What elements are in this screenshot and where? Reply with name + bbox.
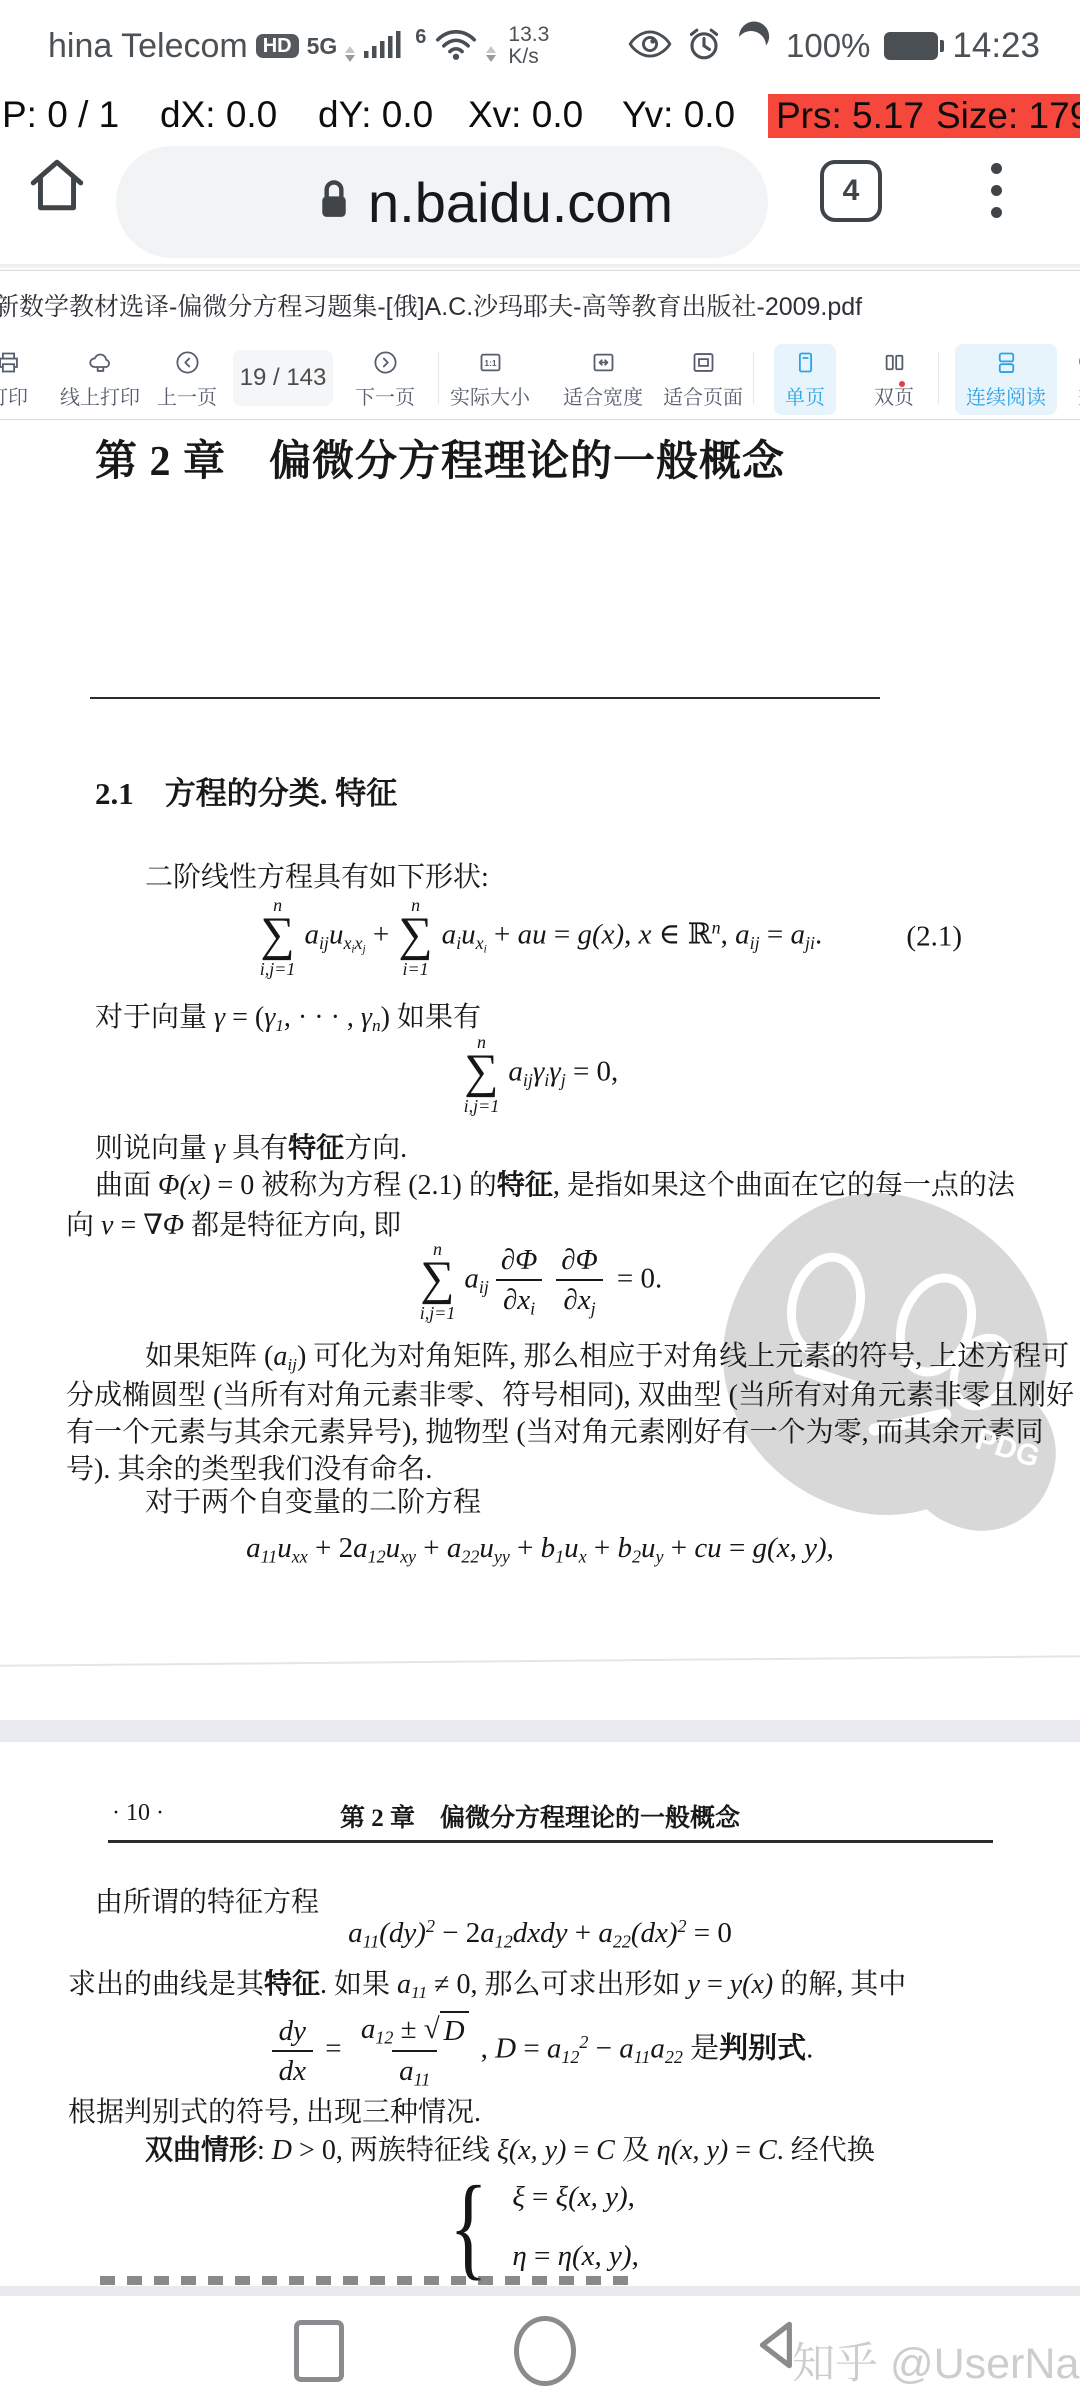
paragraph: 向 ν = ∇Φ 都是特征方向, 即: [66, 1203, 401, 1243]
svg-text:1:1: 1:1: [484, 358, 496, 368]
section-title: 2.1 方程的分类. 特征: [95, 768, 397, 813]
toolbar-label: 适合宽度: [563, 381, 643, 410]
paragraph: 对于两个自变量的二阶方程: [145, 1480, 481, 1520]
paragraph: 则说向量 γ 具有特征方向.: [95, 1126, 407, 1166]
cell-traffic-arrows-icon: [345, 46, 355, 62]
equation-body: n∑i,j=1aij∂Φ∂xi∂Φ∂xj = 0.: [418, 1240, 663, 1322]
next-page-button[interactable]: 下一页: [344, 344, 426, 415]
equation-2-1: n∑i,j=1aijuxixj + n∑i=1aiuxi + au = g(x)…: [60, 896, 1020, 978]
paragraph: 对于向量 γ = (γ1, · · · , γn) 如果有: [95, 995, 481, 1036]
kebab-menu-button[interactable]: [978, 158, 1014, 222]
fit-width-icon: [590, 349, 617, 376]
tab-switcher-button[interactable]: 4: [820, 160, 882, 222]
double-page-button[interactable]: 双页: [863, 344, 925, 415]
fit-page-icon: [690, 349, 717, 376]
clipped-text-line: [100, 2276, 640, 2285]
clock-label: 14:23: [952, 26, 1040, 66]
chapter-title: 第 2 章 偏微分方程理论的一般概念: [95, 428, 785, 488]
notification-dot: [899, 381, 905, 387]
signal-bars-icon: [363, 28, 403, 65]
actual-size-button[interactable]: 1:1 实际大小: [439, 344, 541, 415]
debug-dy: dY: 0.0: [318, 94, 433, 136]
lock-icon: [316, 178, 352, 227]
single-page-icon: [792, 349, 819, 376]
wifi-generation-label: 6: [415, 26, 426, 49]
phone-screen: hina Telecom HD 5G 6: [0, 0, 1080, 2400]
double-page-icon: [881, 349, 908, 376]
toolbar-label: 连续阅读: [966, 381, 1046, 410]
paragraph: 有一个元素与其余元素异号), 抛物型 (当对角元素刚好有一个为零, 而其余元素同: [66, 1410, 1044, 1450]
battery-icon: [884, 32, 938, 60]
toolbar-label: 上一页: [157, 381, 217, 410]
running-head: 第 2 章 偏微分方程理论的一般概念: [0, 1798, 1080, 1834]
search-icon: [1075, 349, 1080, 376]
paragraph: 二阶线性方程具有如下形状:: [145, 855, 489, 895]
fit-page-button[interactable]: 适合页面: [652, 344, 754, 415]
home-nav-button[interactable]: [514, 2316, 576, 2386]
debug-size: Size: 179.5: [928, 94, 1080, 138]
printer-icon: [0, 349, 22, 376]
hd-badge: HD: [256, 34, 299, 58]
recents-button[interactable]: [294, 2320, 344, 2382]
zhihu-watermark: 知乎 @UserName: [792, 2330, 1080, 2391]
paragraph: 曲面 Φ(x) = 0 被称为方程 (2.1) 的特征, 是指如果这个曲面在它的…: [95, 1163, 1015, 1203]
equation-number: (2.1): [906, 920, 962, 953]
debug-yv: Yv: 0.0: [622, 94, 735, 136]
tab-count-label: 4: [843, 174, 860, 208]
equation-body: n∑i,j=1aijγiγj = 0,: [462, 1033, 619, 1115]
alarm-icon: [686, 26, 722, 67]
toolbar-label: 下一页: [355, 381, 415, 410]
paragraph: 如果矩阵 (aij) 可化为对角矩阵, 那么相应于对角线上元素的符号, 上述方程…: [145, 1334, 1069, 1375]
page-gap: [0, 1720, 1080, 1742]
system-nav-bar: 知乎 @UserName: [0, 2296, 1080, 2400]
equation-body: dydx = a12 ± √Da11, D = a122 − a11a22 是判…: [267, 2010, 814, 2092]
toolbar-label: 适合页面: [663, 381, 743, 410]
fit-width-button[interactable]: 适合宽度: [552, 344, 654, 415]
paragraph: 由所谓的特征方程: [95, 1880, 319, 1920]
home-button[interactable]: [26, 154, 88, 216]
status-right-group: 100% 14:23: [628, 0, 1040, 92]
status-left-group: hina Telecom HD 5G 6: [48, 0, 549, 92]
pdf-filename: 新数学教材选译-偏微分方程习题集-[俄]A.C.沙玛耶夫-高等教育出版社-200…: [0, 287, 862, 323]
equation-substitution-system: {ξ = ξ(x, y),η = η(x, y),: [60, 2168, 1020, 2286]
cloud-print-icon: [87, 349, 114, 376]
paragraph: 双曲情形: D > 0, 两族特征线 ξ(x, y) = C 及 η(x, y)…: [145, 2128, 875, 2168]
browser-toolbar: n.baidu.com 4: [0, 144, 1080, 264]
status-bar: hina Telecom HD 5G 6: [0, 0, 1080, 92]
toolbar-label: 单页: [785, 381, 825, 410]
toolbar-label: 实际大小: [450, 381, 530, 410]
equation-discriminant: dydx = a12 ± √Da11, D = a122 − a11a22 是判…: [60, 2010, 1020, 2092]
pdf-file-bar: 新数学教材选译-偏微分方程习题集-[俄]A.C.沙玛耶夫-高等教育出版社-200…: [0, 272, 1080, 338]
equation-body: {ξ = ξ(x, y),η = η(x, y),: [441, 2168, 639, 2286]
actual-size-icon: 1:1: [477, 349, 504, 376]
equation-body: a11(dy)2 − 2a12dxdy + a22(dx)2 = 0: [348, 1916, 732, 1952]
prev-page-button[interactable]: 上一页: [146, 344, 228, 415]
url-text: n.baidu.com: [368, 170, 673, 235]
horizontal-rule: [90, 697, 880, 699]
toolbar-label: 双页: [874, 381, 914, 410]
debug-pressure: Prs: 5.17: [768, 94, 932, 138]
online-print-button[interactable]: 线上打印: [49, 344, 151, 415]
print-button[interactable]: 打印: [0, 344, 39, 415]
continuous-read-button[interactable]: 连续阅读: [955, 344, 1057, 415]
carrier-label: hina Telecom: [48, 27, 248, 66]
toolbar-separator: [753, 352, 754, 404]
paragraph: 根据判别式的符号, 出现三种情况.: [68, 2090, 481, 2130]
page-indicator[interactable]: 19 / 143: [233, 350, 333, 406]
single-page-button[interactable]: 单页: [774, 344, 836, 415]
equation-body: n∑i,j=1aijuxixj + n∑i=1aiuxi + au = g(x)…: [258, 896, 822, 978]
toolbar-separator: [938, 352, 939, 404]
horizontal-rule: [108, 1840, 993, 1843]
wifi-icon: [434, 27, 478, 66]
network-type-label: 5G: [307, 35, 338, 58]
net-speed-label: 13.3 K/s: [508, 24, 549, 68]
wifi-traffic-arrows-icon: [486, 46, 496, 62]
debug-pointer-count: P: 0 / 1: [2, 94, 119, 136]
equation-two-variable: a11uxx + 2a12uxy + a22uyy + b1ux + b2uy …: [60, 1532, 1020, 1567]
pointer-debug-bar: P: 0 / 1 dX: 0.0 dY: 0.0 Xv: 0.0 Yv: 0.0…: [0, 92, 1080, 144]
prev-page-icon: [174, 349, 201, 376]
paragraph: 求出的曲线是其特征. 如果 a11 ≠ 0, 那么可求出形如 y = y(x) …: [68, 1962, 906, 2003]
battery-percent-label: 100%: [786, 27, 870, 65]
next-page-icon: [372, 349, 399, 376]
url-bar[interactable]: n.baidu.com: [116, 146, 768, 258]
toolbar-label: 打印: [0, 381, 28, 410]
divider: [0, 270, 1080, 271]
content-end-band: [0, 2286, 1080, 2296]
moon-icon: [730, 25, 772, 67]
equation-characteristic: a11(dy)2 − 2a12dxdy + a22(dx)2 = 0: [60, 1916, 1020, 1952]
continuous-read-icon: [993, 349, 1020, 376]
pdf-toolbar: 打印 线上打印 上一页 19 / 143: [0, 338, 1080, 418]
toolbar-label: 线上打印: [60, 381, 140, 410]
debug-xv: Xv: 0.0: [468, 94, 583, 136]
search-button[interactable]: 查: [1064, 344, 1080, 415]
debug-dx: dX: 0.0: [160, 94, 277, 136]
eye-icon: [628, 29, 672, 64]
equation-characteristic-surface: n∑i,j=1aij∂Φ∂xi∂Φ∂xj = 0.: [60, 1240, 1020, 1322]
equation-characteristic-direction: n∑i,j=1aijγiγj = 0,: [60, 1033, 1020, 1115]
equation-body: a11uxx + 2a12uxy + a22uyy + b1ux + b2uy …: [246, 1532, 834, 1567]
paragraph: 分成椭圆型 (当所有对角元素非零、符号相同), 双曲型 (当所有对角元素非零且刚…: [66, 1373, 1074, 1413]
